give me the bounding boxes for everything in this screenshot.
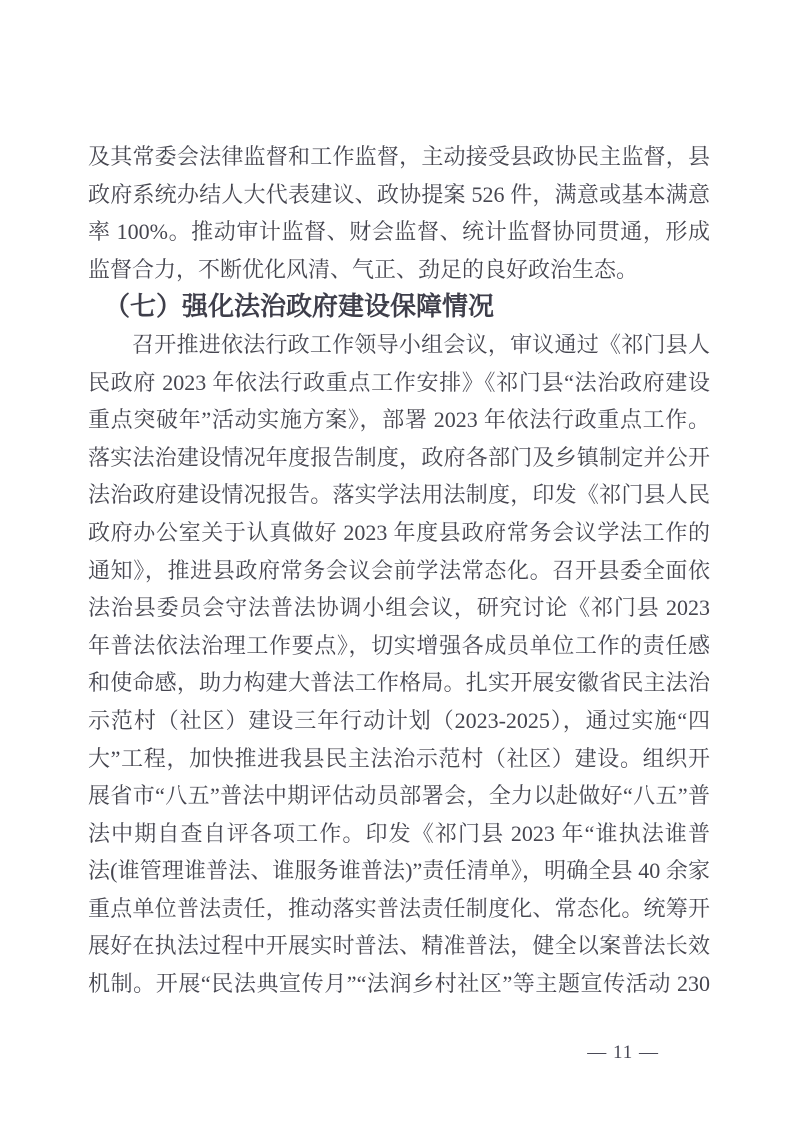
- text-line: 及其常委会法律监督和工作监督，主动接受县政协民主监督，县: [88, 138, 710, 176]
- text-line: 重点单位普法责任，推动落实普法责任制度化、常态化。统筹开: [88, 890, 710, 928]
- text-line: 法治政府建设情况报告。落实学法用法制度，印发《祁门县人民: [88, 476, 710, 514]
- text-line: 召开推进依法行政工作领导小组会议，审议通过《祁门县人: [88, 326, 710, 364]
- text-line: 展省市“八五”普法中期评估动员部署会，全力以赴做好“八五”普: [88, 777, 710, 815]
- text-line: 监督合力，不断优化风清、气正、劲足的良好政治生态。: [88, 251, 710, 289]
- document-body: 及其常委会法律监督和工作监督，主动接受县政协民主监督，县政府系统办结人大代表建议…: [88, 138, 710, 1003]
- text-line: 机制。开展“民法典宣传月”“法润乡村社区”等主题宣传活动 230: [88, 965, 710, 1003]
- section-heading: （七）强化法治政府建设保障情况: [88, 288, 710, 326]
- page-number: — 11 —: [587, 1042, 659, 1064]
- document-page: 及其常委会法律监督和工作监督，主动接受县政协民主监督，县政府系统办结人大代表建议…: [0, 0, 793, 1122]
- text-line: 率 100%。推动审计监督、财会监督、统计监督协同贯通，形成: [88, 213, 710, 251]
- text-line: 法治县委员会守法普法协调小组会议，研究讨论《祁门县 2023: [88, 589, 710, 627]
- text-line: 法中期自查自评各项工作。印发《祁门县 2023 年“谁执法谁普: [88, 815, 710, 853]
- text-line: 通知》，推进县政府常务会议会前学法常态化。召开县委全面依: [88, 552, 710, 590]
- text-line: 重点突破年”活动实施方案》，部署 2023 年依法行政重点工作。: [88, 401, 710, 439]
- text-line: 政府系统办结人大代表建议、政协提案 526 件，满意或基本满意: [88, 176, 710, 214]
- text-line: 大”工程，加快推进我县民主法治示范村（社区）建设。组织开: [88, 740, 710, 778]
- text-line: 法(谁管理谁普法、谁服务谁普法)”责任清单》，明确全县 40 余家: [88, 852, 710, 890]
- text-line: 政府办公室关于认真做好 2023 年度县政府常务会议学法工作的: [88, 514, 710, 552]
- text-line: 民政府 2023 年依法行政重点工作安排》《祁门县“法治政府建设: [88, 364, 710, 402]
- text-line: 年普法依法治理工作要点》，切实增强各成员单位工作的责任感: [88, 627, 710, 665]
- text-line: 展好在执法过程中开展实时普法、精准普法，健全以案普法长效: [88, 927, 710, 965]
- text-line: 和使命感，助力构建大普法工作格局。扎实开展安徽省民主法治: [88, 664, 710, 702]
- text-line: 示范村（社区）建设三年行动计划（2023-2025），通过实施“四: [88, 702, 710, 740]
- text-line: 落实法治建设情况年度报告制度，政府各部门及乡镇制定并公开: [88, 439, 710, 477]
